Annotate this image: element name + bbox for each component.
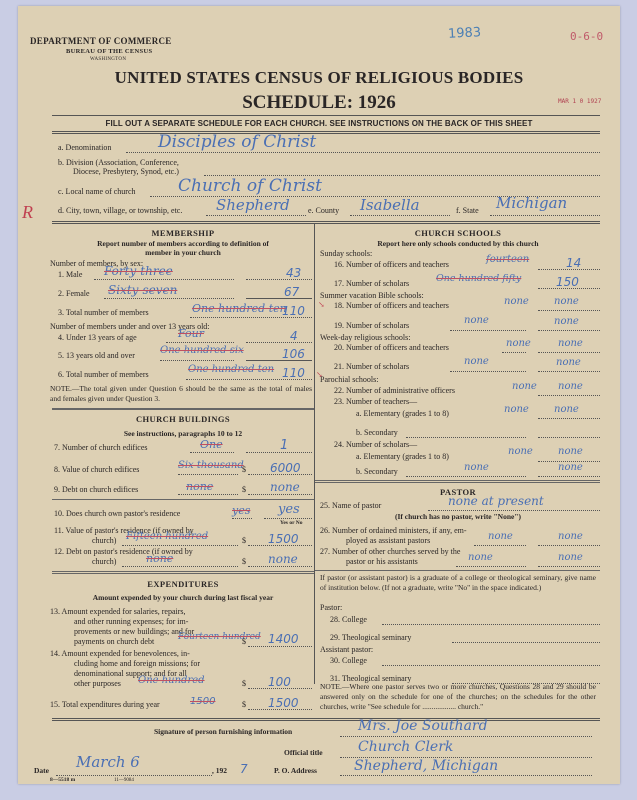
q16-words[interactable]: fourteen [486, 254, 529, 265]
q24a-label: a. Elementary (grades 1 to 8) [356, 452, 449, 461]
q8-value[interactable]: 6000 [270, 461, 301, 475]
division-label-cont: Diocese, Presbytery, Synod, etc.) [73, 167, 179, 176]
q19-label: 19. Number of scholars [334, 321, 409, 330]
county-field[interactable]: Isabella [360, 196, 420, 214]
q18-label: 18. Number of officers and teachers [334, 301, 449, 310]
official-title-label: Official title [284, 748, 323, 757]
assistant-pastor-subheading: Assistant pastor: [320, 645, 373, 654]
q29-label: 29. Theological seminary [330, 633, 411, 642]
q14-label-line2: cluding home and foreign missions; for [74, 659, 200, 668]
q6-label: 6. Total number of members [58, 370, 149, 379]
summer-schools-label: Summer vacation Bible schools: [320, 291, 424, 300]
q9-words[interactable]: none [186, 480, 213, 493]
po-address-label: P. O. Address [274, 766, 317, 775]
membership-note: NOTE.—The total given under Question 6 s… [50, 384, 312, 404]
q11-currency: $ [242, 536, 246, 545]
q20-value[interactable]: none [558, 338, 583, 349]
q9-currency: $ [242, 485, 246, 494]
sunday-schools-label: Sunday schools: [320, 249, 372, 258]
q12-words[interactable]: none [146, 552, 173, 565]
q7-label: 7. Number of church edifices [54, 443, 148, 452]
q23a-words[interactable]: none [504, 404, 529, 415]
margin-mark: R [22, 202, 33, 223]
pastor-name-hint: (If church has no pastor, write "None") [316, 512, 600, 521]
official-title-field[interactable]: Church Clerk [358, 739, 453, 755]
q14-label-line1: 14. Amount expended for benevolences, in… [50, 649, 190, 658]
q11-value[interactable]: 1500 [268, 532, 299, 546]
weekday-schools-label: Week-day religious schools: [320, 333, 410, 342]
column-divider [314, 224, 315, 684]
instructions-banner: FILL OUT A SEPARATE SCHEDULE FOR EACH CH… [18, 119, 620, 128]
q24b-label: b. Secondary [356, 467, 398, 476]
po-address-field[interactable]: Shepherd, Michigan [354, 758, 498, 774]
form-number: 8—5518 m [50, 777, 75, 783]
q21-value[interactable]: none [556, 357, 581, 368]
divider [52, 221, 600, 224]
graduate-note: If pastor (or assistant pastor) is a gra… [320, 573, 596, 593]
signature-field[interactable]: Mrs. Joe Southard [358, 718, 488, 734]
q18-value[interactable]: none [554, 296, 579, 307]
code-stamp: 0-6-0 [570, 30, 603, 43]
city-heading: WASHINGTON [90, 57, 126, 62]
q26-value[interactable]: none [558, 531, 583, 542]
q24-label: 24. Number of scholars— [334, 440, 417, 449]
divider [52, 571, 314, 574]
buildings-subtitle: See instructions, paragraphs 10 to 12 [52, 429, 314, 438]
q30-field[interactable] [382, 665, 600, 666]
schedule-title: SCHEDULE: 1926 [18, 92, 620, 114]
q10-label: 10. Does church own pastor's residence [54, 509, 180, 518]
divider [52, 408, 314, 410]
q4-value[interactable]: 4 [290, 329, 298, 343]
q14-currency: $ [242, 679, 246, 688]
q26-label-cont: ployed as assistant pastors [346, 536, 430, 545]
q8-currency: $ [242, 465, 246, 474]
q13-label-line3: provements or new buildings; and for [74, 627, 194, 636]
q14-label-line4: other purposes [74, 679, 121, 688]
q21-words[interactable]: none [464, 356, 489, 367]
buildings-title: CHURCH BUILDINGS [52, 414, 314, 424]
q27-words[interactable]: none [468, 552, 493, 563]
year-digit-field[interactable]: 7 [240, 762, 248, 776]
q5-label: 5. 13 years old and over [58, 351, 135, 360]
q22-label: 22. Number of administrative officers [334, 386, 455, 395]
q27-value[interactable]: none [558, 552, 583, 563]
q16-value[interactable]: 14 [566, 256, 581, 270]
denomination-field[interactable]: Disciples of Christ [158, 132, 316, 152]
q9-value[interactable]: none [270, 480, 300, 494]
q2-label: 2. Female [58, 289, 90, 298]
q7-value[interactable]: 1 [280, 438, 288, 453]
denomination-label: a. Denomination [58, 143, 111, 152]
q2-words[interactable]: Sixty-seven [108, 283, 177, 297]
q8-label: 8. Value of church edifices [54, 465, 139, 474]
department-heading: DEPARTMENT OF COMMERCE [30, 36, 172, 46]
year-prefix: , 192 [212, 766, 227, 775]
check-mark: ↘ [318, 300, 325, 309]
print-number: 11—9084 [114, 778, 134, 783]
file-number-stamp: 1983 [448, 25, 482, 42]
bureau-heading: BUREAU OF THE CENSUS [66, 48, 152, 55]
q4-words[interactable]: Four [178, 327, 204, 340]
state-field[interactable]: Michigan [496, 194, 567, 212]
q15-label: 15. Total expenditures during year [50, 700, 160, 709]
received-date-stamp: MAR 1 0 1927 [558, 98, 601, 105]
q18-words[interactable]: none [504, 296, 529, 307]
q23b-words[interactable] [406, 437, 526, 438]
q19-words[interactable]: none [464, 315, 489, 326]
divider [315, 480, 600, 483]
divider [52, 718, 600, 721]
parochial-schools-label: Parochial schools: [320, 375, 378, 384]
q19-value[interactable]: none [554, 316, 579, 327]
q17-value[interactable]: 150 [556, 275, 579, 289]
q13-currency: $ [242, 637, 246, 646]
q2-value[interactable]: 67 [284, 285, 299, 299]
q12-currency: $ [242, 557, 246, 566]
expenditures-title: EXPENDITURES [52, 579, 314, 589]
divider [315, 570, 600, 571]
q23b-label: b. Secondary [356, 428, 398, 437]
q6-words[interactable]: One hundred ten [188, 364, 274, 375]
date-label: Date [34, 766, 49, 775]
q11-label-cont: church) [92, 536, 116, 545]
q22-value[interactable]: none [558, 381, 583, 392]
q13-value[interactable]: 1400 [268, 632, 299, 646]
q26-words[interactable]: none [488, 531, 513, 542]
q6-value[interactable]: 110 [282, 366, 305, 380]
signature-label: Signature of person furnishing informati… [154, 727, 292, 736]
q3-label: 3. Total number of members [58, 308, 149, 317]
divider [52, 499, 314, 500]
q10-value[interactable]: yes [278, 502, 300, 517]
membership-subtitle: Report number of members according to de… [52, 239, 314, 248]
q28-label: 28. College [330, 615, 367, 624]
q13-words[interactable]: Fourteen hundred [178, 632, 261, 642]
q8-words[interactable]: Six thousand [178, 460, 244, 471]
q5-words[interactable]: One hundred six [160, 345, 244, 356]
membership-title: MEMBERSHIP [52, 228, 314, 238]
q20-label: 20. Number of officers and teachers [334, 343, 449, 352]
q3-value[interactable]: 110 [282, 304, 305, 318]
q25-label: 25. Name of pastor [320, 501, 381, 510]
q23a-label: a. Elementary (grades 1 to 8) [356, 409, 449, 418]
pastor-name-field[interactable]: none at present [448, 494, 544, 508]
pastor-note: NOTE.—Where one pastor serves two or mor… [320, 682, 596, 712]
q5-value[interactable]: 106 [282, 347, 305, 361]
expenditures-subtitle: Amount expended by your church during la… [52, 593, 314, 602]
q17-words[interactable]: One hundred fifty [436, 273, 521, 284]
q15-value[interactable]: 1500 [268, 696, 299, 710]
membership-subtitle-cont: member in your church [52, 248, 314, 257]
q27-label: 27. Number of other churches served by t… [320, 547, 460, 556]
q23a-value[interactable]: none [554, 404, 579, 415]
city-label: d. City, town, village, or township, etc… [58, 206, 182, 215]
q3-words[interactable]: One hundred ten [192, 302, 287, 315]
q24b-words[interactable]: none [464, 462, 489, 473]
q11-words[interactable]: Fifteen hundred [126, 531, 208, 542]
q15-words[interactable]: 1500 [190, 696, 215, 707]
q27-label-cont: pastor or his assistants [346, 557, 418, 566]
q17-label: 17. Number of scholars [334, 279, 409, 288]
q1-label: 1. Male [58, 270, 82, 279]
date-field[interactable]: March 6 [76, 753, 140, 771]
q24a-words[interactable]: none [508, 446, 533, 457]
q14-words[interactable]: One hundred [138, 675, 205, 686]
q13-label-line2: and other running expenses; for im- [74, 617, 188, 626]
division-label: b. Division (Association, Conference, [58, 158, 179, 167]
q12-value[interactable]: none [268, 552, 298, 566]
yes-no-hint: Yes or No [280, 520, 303, 526]
q16-label: 16. Number of officers and teachers [334, 260, 449, 269]
q24b-value[interactable]: none [558, 462, 583, 473]
q22-words[interactable]: none [512, 381, 537, 392]
q9-label: 9. Debt on church edifices [54, 485, 138, 494]
census-schedule-form: DEPARTMENT OF COMMERCE BUREAU OF THE CEN… [18, 6, 620, 784]
q12-label-cont: church) [92, 557, 116, 566]
divider [52, 131, 600, 134]
q13-label-line1: 13. Amount expended for salaries, repair… [50, 607, 186, 616]
q13-label-line4: payments on church debt [74, 637, 154, 646]
local-name-field[interactable]: Church of Christ [178, 176, 322, 196]
church-schools-subtitle: Report here only schools conducted by th… [316, 239, 600, 248]
pastor-subheading: Pastor: [320, 603, 342, 612]
q4-label: 4. Under 13 years of age [58, 333, 137, 342]
city-field[interactable]: Shepherd [216, 196, 290, 214]
church-schools-title: CHURCH SCHOOLS [316, 228, 600, 238]
state-label: f. State [456, 206, 479, 215]
q7-words[interactable]: One [200, 438, 223, 451]
q20-words[interactable]: none [506, 338, 531, 349]
q29-field[interactable] [452, 642, 600, 643]
q30-label: 30. College [330, 656, 367, 665]
divider [52, 115, 600, 116]
local-name-label: c. Local name of church [58, 187, 136, 196]
county-label: e. County [308, 206, 339, 215]
q28-field[interactable] [382, 624, 600, 625]
q23b-value[interactable] [538, 437, 600, 438]
q1-words[interactable]: Forty-three [104, 264, 173, 278]
q23-label: 23. Number of teachers— [334, 397, 417, 406]
q15-currency: $ [242, 700, 246, 709]
q24a-value[interactable]: none [558, 446, 583, 457]
q10-words[interactable]: yes [232, 504, 250, 517]
q14-value[interactable]: 100 [268, 675, 291, 689]
form-title: UNITED STATES CENSUS OF RELIGIOUS BODIES [18, 68, 620, 88]
q21-label: 21. Number of scholars [334, 362, 409, 371]
q26-label: 26. Number of ordained ministers, if any… [320, 526, 467, 535]
q1-value[interactable]: 43 [286, 266, 301, 280]
